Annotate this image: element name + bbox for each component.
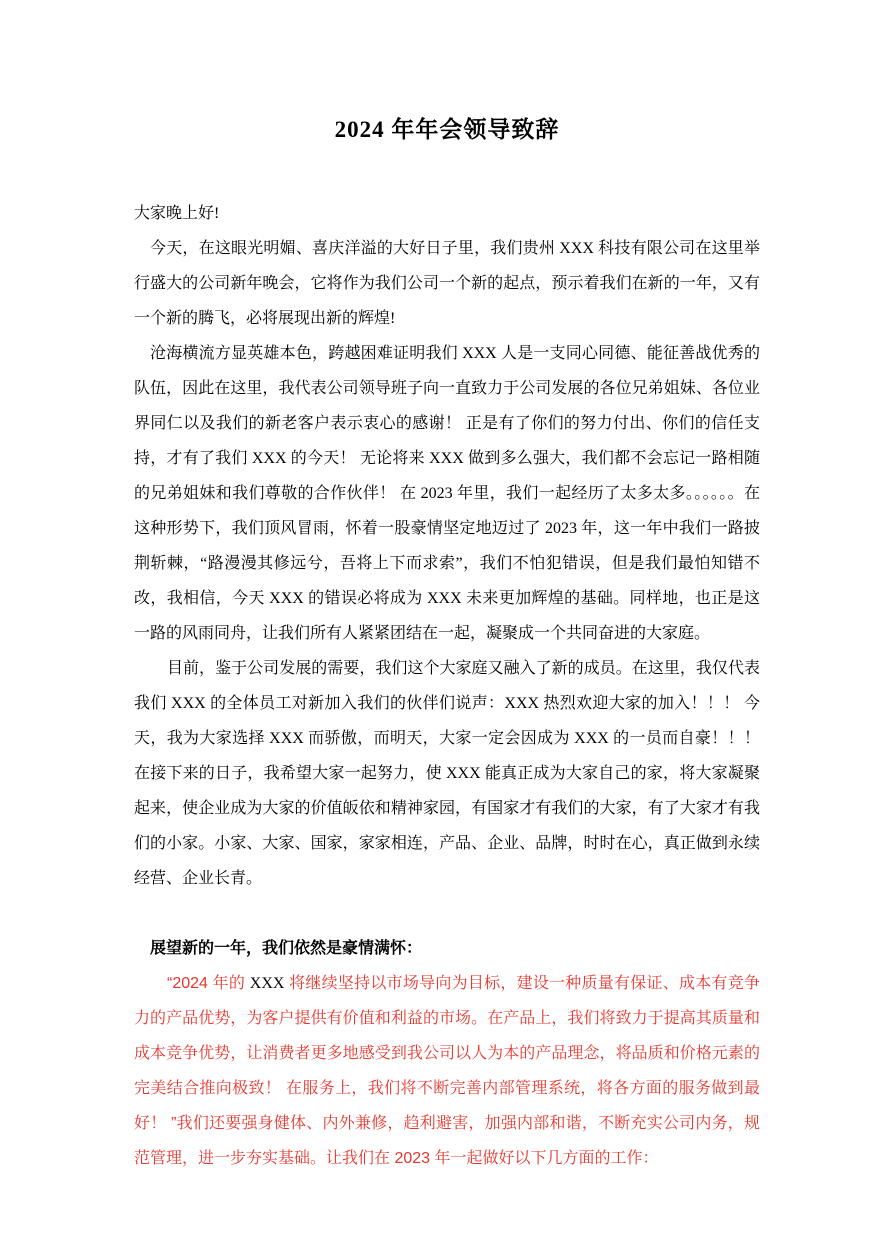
company-placeholder-text: XXX [250,975,285,992]
outlook-paragraph: “2024 年的 XXX 将继续坚持以市场导向为目标，建设一种质量有保证、成本有… [134,966,760,1176]
document-body: 大家晚上好! 今天，在这眼光明媚、喜庆洋溢的大好日子里，我们贵州 XXX 科技有… [134,196,760,1176]
body-paragraph-review: 沧海横流方显英雄本色，跨越困难证明我们 XXX 人是一支同心同德、能征善战优秀的… [134,336,760,651]
body-paragraph-intro: 今天，在这眼光明媚、喜庆洋溢的大好日子里，我们贵州 XXX 科技有限公司在这里举… [134,231,760,336]
outlook-rest-red-text: 将继续坚持以市场导向为目标，建设一种质量有保证、成本有竞争力的产品优势，为客户提… [134,975,760,1167]
outlook-lead-red-text: “2024 年的 [167,975,250,992]
body-paragraph-welcome: 目前，鉴于公司发展的需要，我们这个大家庭又融入了新的成员。在这里，我仅代表我们 … [134,651,760,896]
document-title: 2024 年年会领导致辞 [134,112,760,148]
outlook-heading: 展望新的一年，我们依然是豪情满怀： [134,931,760,966]
greeting-paragraph: 大家晚上好! [134,196,760,231]
document-page: 2024 年年会领导致辞 大家晚上好! 今天，在这眼光明媚、喜庆洋溢的大好日子里… [0,0,884,1250]
